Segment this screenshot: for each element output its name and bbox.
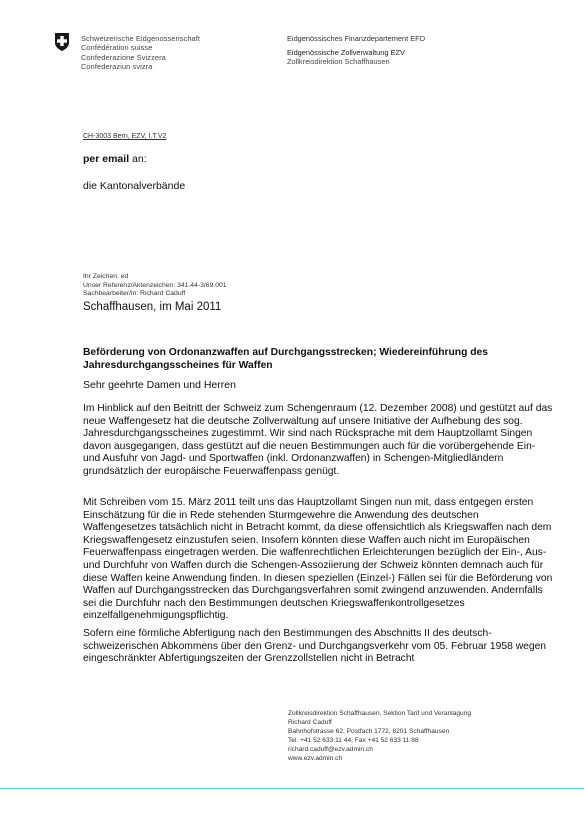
department-name: Eidgenössisches Finanzdepartement EFD xyxy=(287,34,425,43)
footer-email: richard.caduff@ezv.admin.ch xyxy=(288,745,471,754)
confederation-name-rm: Confederaziun svizra xyxy=(81,62,200,71)
place-date: Schaffhausen, im Mai 2011 xyxy=(83,301,221,313)
salutation: Sehr geehrte Damen und Herren xyxy=(83,379,236,391)
recipient: die Kantonalverbände xyxy=(83,180,185,192)
footer-section: Zollkreisdirektion Schaffhausen, Sektion… xyxy=(288,709,471,718)
office-name: Eidgenössische Zollverwaltung EZV xyxy=(287,48,425,57)
confederation-name-de: Schweizerische Eidgenossenschaft xyxy=(81,34,200,43)
paragraph: Sofern eine förmliche Abfertigung nach d… xyxy=(83,628,553,666)
confederation-names: Schweizerische Eidgenossenschaft Confédé… xyxy=(81,34,200,71)
confederation-name-fr: Confédération suisse xyxy=(81,43,200,52)
paragraph: Im Hinblick auf den Beitritt der Schweiz… xyxy=(83,403,553,479)
footer-website: www.ezv.admin.ch xyxy=(288,754,471,763)
delivery-method-rest: an: xyxy=(129,153,147,165)
swiss-coat-of-arms-icon xyxy=(54,32,70,52)
footer-address: Bahnhofstrasse 62, Postfach 1772, 8201 S… xyxy=(288,727,471,736)
confederation-name-it: Confederazione Svizzera xyxy=(81,53,200,62)
directorate-name: Zollkreisdirektion Schaffhausen xyxy=(287,57,425,66)
letter-subject: Beförderung von Ordonanzwaffen auf Durch… xyxy=(83,347,553,372)
delivery-method-bold: per email xyxy=(83,153,129,165)
issuing-authority: Eidgenössisches Finanzdepartement EFD Ei… xyxy=(287,34,425,67)
case-officer: Sachbearbeiter/in: Richard Caduff xyxy=(83,290,227,299)
footer-name: Richard Caduff xyxy=(288,718,471,727)
reference-block: Ihr Zeichen: ed Unser Referenz/Aktenzeic… xyxy=(83,273,227,299)
sender-return-address: CH-3003 Bern, EZV, I.T.V2 xyxy=(83,133,166,140)
paragraph: Mit Schreiben vom 15. März 2011 teilt un… xyxy=(83,497,553,623)
page-divider xyxy=(0,788,584,789)
delivery-method: per email an: xyxy=(83,153,147,165)
your-reference: Ihr Zeichen: ed xyxy=(83,273,227,282)
contact-footer: Zollkreisdirektion Schaffhausen, Sektion… xyxy=(288,709,471,763)
footer-phone: Tel. +41 52 633 11 44, Fax +41 52 633 11… xyxy=(288,736,471,745)
our-reference: Unser Referenz/Aktenzeichen: 341.44-3/69… xyxy=(83,282,227,291)
